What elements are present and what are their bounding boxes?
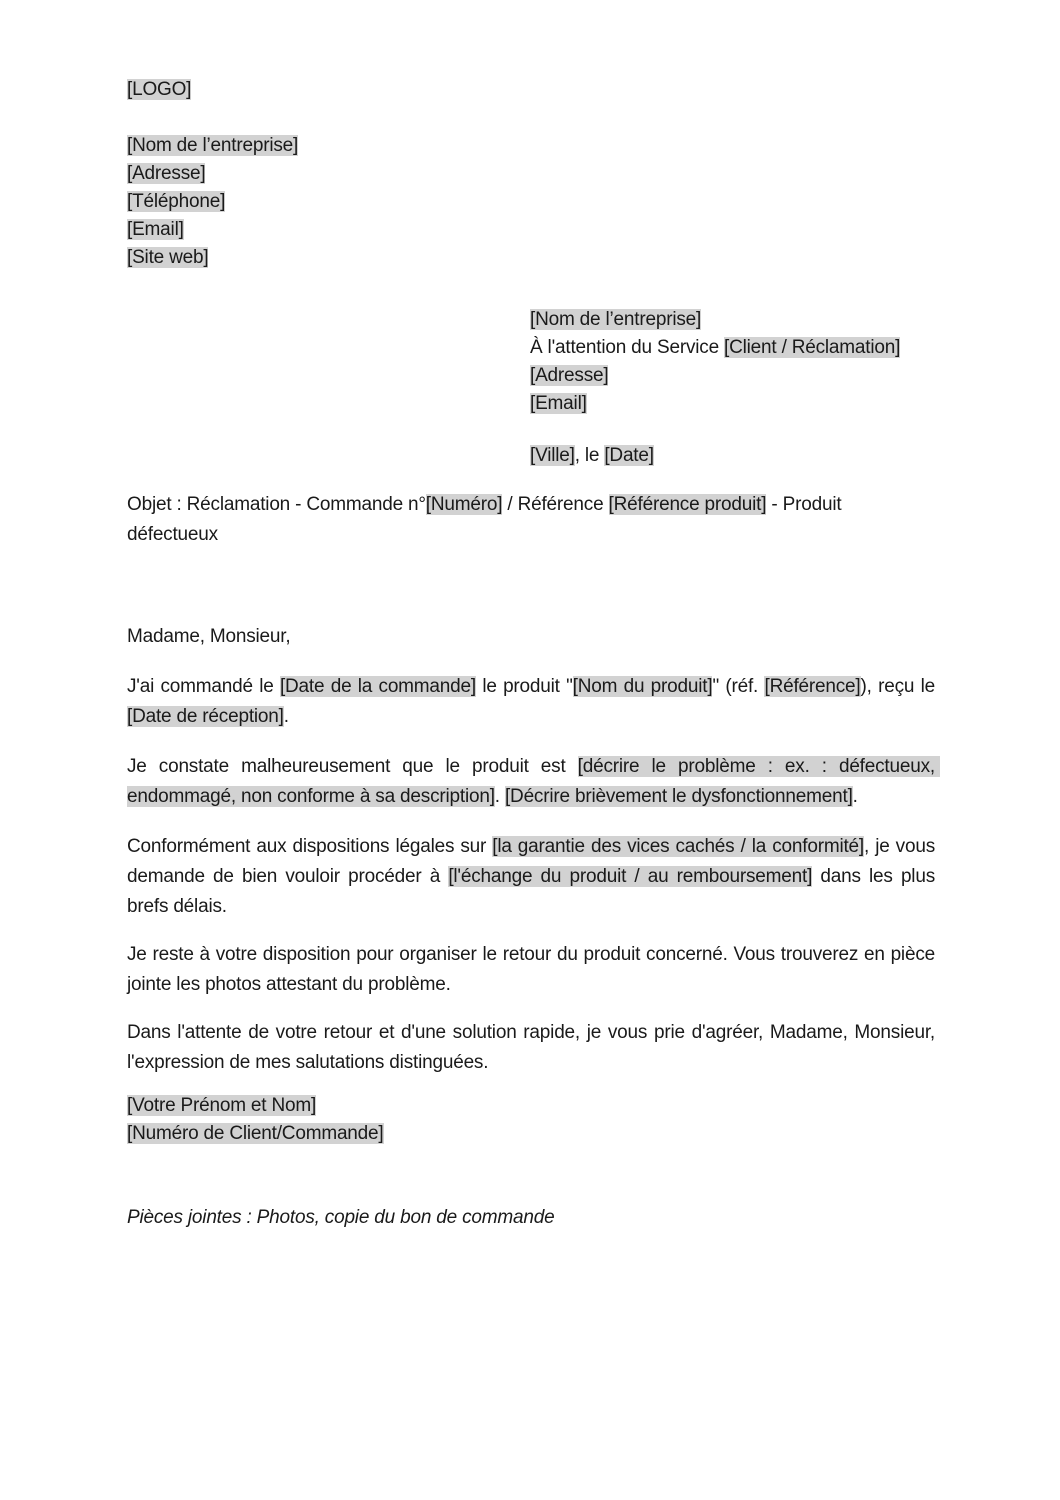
recipient-attention: À l'attention du Service [Client / Récla… xyxy=(530,334,935,362)
sender-block: [Nom de l’entreprise] [Adresse] [Télépho… xyxy=(127,132,935,272)
sender-email: [Email] xyxy=(127,216,935,244)
placeholder-highlight: [Date de la commande] xyxy=(280,676,476,697)
placeholder-highlight: [Date de réception] xyxy=(127,706,284,727)
signature-name: [Votre Prénom et Nom] xyxy=(127,1092,935,1120)
placeholder-highlight: [l'échange du produit / au remboursement… xyxy=(448,866,812,887)
placeholder-highlight: [Décrire brièvement le dysfonctionnement… xyxy=(505,786,853,807)
sender-website: [Site web] xyxy=(127,244,935,272)
body-paragraph-order: J'ai commandé le [Date de la commande] l… xyxy=(127,672,935,732)
placeholder-highlight: [Numéro de Client/Commande] xyxy=(127,1123,384,1144)
placeholder-highlight: [Adresse] xyxy=(530,365,608,386)
body-paragraph-closing: Dans l'attente de votre retour et d'une … xyxy=(127,1018,935,1078)
placeholder-highlight: [Date] xyxy=(604,445,654,466)
recipient-email: [Email] xyxy=(530,390,935,418)
placeholder-highlight: [Client / Réclamation] xyxy=(724,337,900,358)
logo-placeholder: [LOGO] xyxy=(127,76,935,104)
recipient-company: [Nom de l’entreprise] xyxy=(530,306,935,334)
signature-block: [Votre Prénom et Nom] [Numéro de Client/… xyxy=(127,1092,935,1148)
recipient-address: [Adresse] xyxy=(530,362,935,390)
placeholder-highlight: [Email] xyxy=(530,393,587,414)
attachments-note: Pièces jointes : Photos, copie du bon de… xyxy=(127,1204,935,1232)
body-paragraph-legal: Conformément aux dispositions légales su… xyxy=(127,832,935,922)
sender-phone: [Téléphone] xyxy=(127,188,935,216)
placeholder-highlight: [LOGO] xyxy=(127,79,191,100)
letter-page: [LOGO] [Nom de l’entreprise] [Adresse] [… xyxy=(0,0,1060,1500)
subject-line: Objet : Réclamation - Commande n°[Numéro… xyxy=(127,490,902,550)
placeholder-highlight: [la garantie des vices cachés / la confo… xyxy=(492,836,864,857)
placeholder-highlight: [Site web] xyxy=(127,247,208,268)
body-paragraph-problem: Je constate malheureusement que le produ… xyxy=(127,752,935,812)
placeholder-highlight: [Nom de l’entreprise] xyxy=(530,309,701,330)
recipient-block: [Nom de l’entreprise] À l'attention du S… xyxy=(530,306,935,470)
body-paragraph-return: Je reste à votre disposition pour organi… xyxy=(127,940,935,1000)
placeholder-highlight: [Ville] xyxy=(530,445,575,466)
placeholder-highlight: [Numéro] xyxy=(426,494,503,515)
sender-company: [Nom de l’entreprise] xyxy=(127,132,935,160)
placeholder-highlight: [Email] xyxy=(127,219,184,240)
placeholder-highlight: [Nom de l’entreprise] xyxy=(127,135,298,156)
city-date-line: [Ville], le [Date] xyxy=(530,442,935,470)
placeholder-highlight: [Téléphone] xyxy=(127,191,225,212)
placeholder-highlight: [Votre Prénom et Nom] xyxy=(127,1095,316,1116)
salutation: Madame, Monsieur, xyxy=(127,622,935,652)
sender-address: [Adresse] xyxy=(127,160,935,188)
placeholder-highlight: [Nom du produit] xyxy=(573,676,713,697)
placeholder-highlight: [Adresse] xyxy=(127,163,205,184)
signature-client-number: [Numéro de Client/Commande] xyxy=(127,1120,935,1148)
placeholder-highlight: [Référence produit] xyxy=(609,494,767,515)
placeholder-highlight: [Référence] xyxy=(764,676,860,697)
